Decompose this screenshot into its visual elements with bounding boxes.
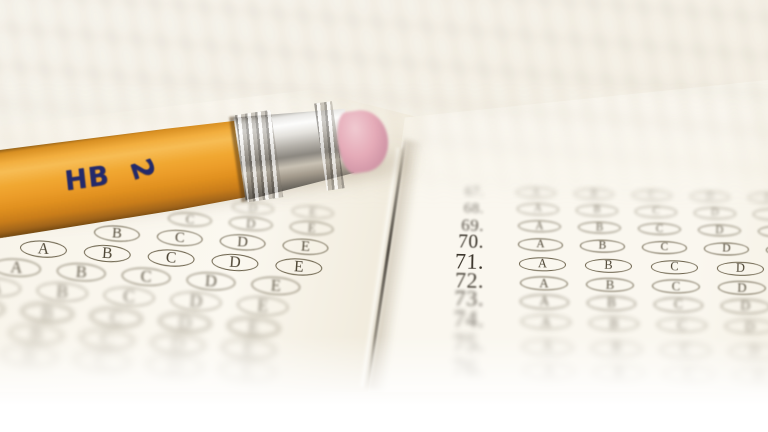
answer-bubble: C [632,189,672,201]
bubble-letter: D [722,242,731,255]
bubble-letter: D [229,254,241,272]
answer-bubble: E [275,257,323,277]
answer-bubble: B [578,221,621,234]
bubble-letter: D [246,216,256,231]
question-number: 68. [440,201,484,217]
photo-bottom-fade [0,336,768,432]
answer-bubble: B [587,295,636,311]
answer-bubble: D [718,280,766,295]
bubble-letter: E [307,221,316,236]
answer-bubble: D [698,224,741,237]
bubble-letter: A [538,257,547,271]
bubble-letter: D [178,312,193,333]
bubble-letter: D [706,191,714,202]
answer-bubble: D [690,191,730,203]
bubble-letter: E [247,317,260,338]
answer-bubble: B [36,281,88,304]
bubble-letter: D [204,272,217,291]
answer-bubble: B [574,188,614,200]
answer-bubble: A [519,257,566,272]
bubble-letter: E [309,205,317,218]
bubble-letter: C [677,317,687,332]
answer-bubble: D [694,207,736,219]
bubble-letter: A [10,258,23,277]
bubble-letter: A [0,277,2,297]
bubble-letter: E [293,258,304,276]
answer-bubble: C [642,241,687,255]
answer-bubble: C [121,266,171,287]
bubble-letter: E [270,277,281,296]
answer-bubble: D [219,233,266,252]
answer-bubble: D [158,310,212,334]
bubble-letter: B [593,204,600,216]
bubble-letter: B [609,316,619,331]
answer-bubble: C [651,260,698,275]
answer-bubble: E [753,208,768,220]
bubble-letter: B [111,225,122,242]
bubble-letter: D [740,299,750,314]
photo-scene: DECDEBCDEABCDEABCDEABCDEABCDEABCDEABCDE … [0,0,768,432]
bubble-letter: C [670,260,679,274]
answer-bubble: A [520,276,568,291]
bubble-letter: B [590,188,597,199]
answer-bubble: C [654,297,703,313]
answer-bubble: D [725,318,768,334]
answer-bubble: B [586,277,634,292]
bubble-letter: C [140,267,152,286]
bubble-letter: B [598,240,606,253]
bubble-letter: B [40,302,54,323]
answer-bubble: D [704,242,749,256]
answer-bubble: A [0,296,6,320]
answer-bubble: B [576,204,618,216]
bubble-letter: C [648,190,655,201]
answer-bubble: C [635,205,677,217]
bubble-letter: B [607,296,616,311]
bubble-letter: A [535,220,543,232]
answer-bubble: C [168,211,213,228]
answer-bubble: A [19,239,67,259]
answer-bubble: A [521,314,571,330]
answer-bubble: E [282,237,329,256]
bubble-letter: A [532,187,540,198]
answer-bubble: A [516,187,556,199]
bubble-letter: C [674,297,683,312]
pencil-grade-label: HB [63,160,111,197]
bubble-letter: C [660,241,668,254]
answer-bubble: B [83,243,131,263]
bubble-letter: D [711,207,719,219]
answer-bubble: B [580,239,625,253]
answer-bubble: A [0,257,42,278]
answer-bubble: C [156,228,203,247]
answer-bubble: A [517,203,559,215]
answer-bubble: E [289,220,334,237]
answer-bubble: C [89,306,143,330]
answer-bubble: B [93,224,140,243]
answer-bubble: B [585,258,632,273]
answer-bubble: C [103,285,155,308]
answer-bubble: B [56,262,106,283]
bubble-letter: C [185,212,195,227]
bubble-letter: D [189,291,203,311]
question-number: 67. [440,185,484,200]
bubble-letter: A [539,276,549,290]
bubble-letter: C [109,307,123,328]
answer-bubble: A [518,238,563,252]
bubble-letter: C [174,230,185,247]
bubble-letter: E [300,238,310,255]
bubble-letter: A [539,294,549,309]
bubble-letter: E [257,296,269,316]
bubble-letter: B [596,222,604,234]
answer-bubble: E [758,225,768,238]
bubble-letter: B [56,282,69,302]
bubble-letter: A [534,203,542,215]
bubble-letter: C [656,223,664,235]
bubble-letter: D [715,224,723,236]
answer-bubble: B [589,315,639,331]
answer-bubble: E [251,275,301,296]
answer-bubble: E [748,192,768,204]
bubble-letter: D [745,319,755,334]
bubble-letter: A [536,238,545,251]
question-number: 74. [440,307,485,331]
bubble-letter: D [737,281,747,295]
answer-bubble: D [228,215,273,232]
bubble-letter: A [37,240,49,258]
answer-bubble: B [20,301,74,325]
answer-bubble: D [186,271,236,292]
bubble-letter: D [736,262,745,276]
bubble-letter: B [75,263,87,282]
bubble-letter: D [237,234,249,251]
photo: DECDEBCDEABCDEABCDEABCDEABCDEABCDEABCDE … [0,0,768,432]
bubble-letter: A [541,314,551,329]
bubble-letter: D [248,201,258,215]
bubble-letter: C [165,249,177,267]
bubble-letter: C [652,206,659,218]
answer-bubble: C [638,222,681,235]
bubble-letter: B [101,245,113,263]
answer-bubble: C [657,317,707,333]
answer-bubble: C [652,279,700,294]
bubble-letter: C [671,279,680,293]
answer-bubble: A [518,220,561,233]
answer-bubble: D [721,298,768,314]
bubble-letter: B [606,278,615,292]
answer-bubble: A [520,294,569,310]
answer-bubble: D [211,252,259,272]
answer-bubble: D [170,290,222,313]
bubble-letter: B [604,259,613,273]
answer-bubble: E [237,295,289,318]
answer-bubble: A [0,276,22,299]
answer-bubble: C [147,248,195,268]
bubble-letter: C [123,287,136,307]
answer-bubble: D [717,261,764,276]
